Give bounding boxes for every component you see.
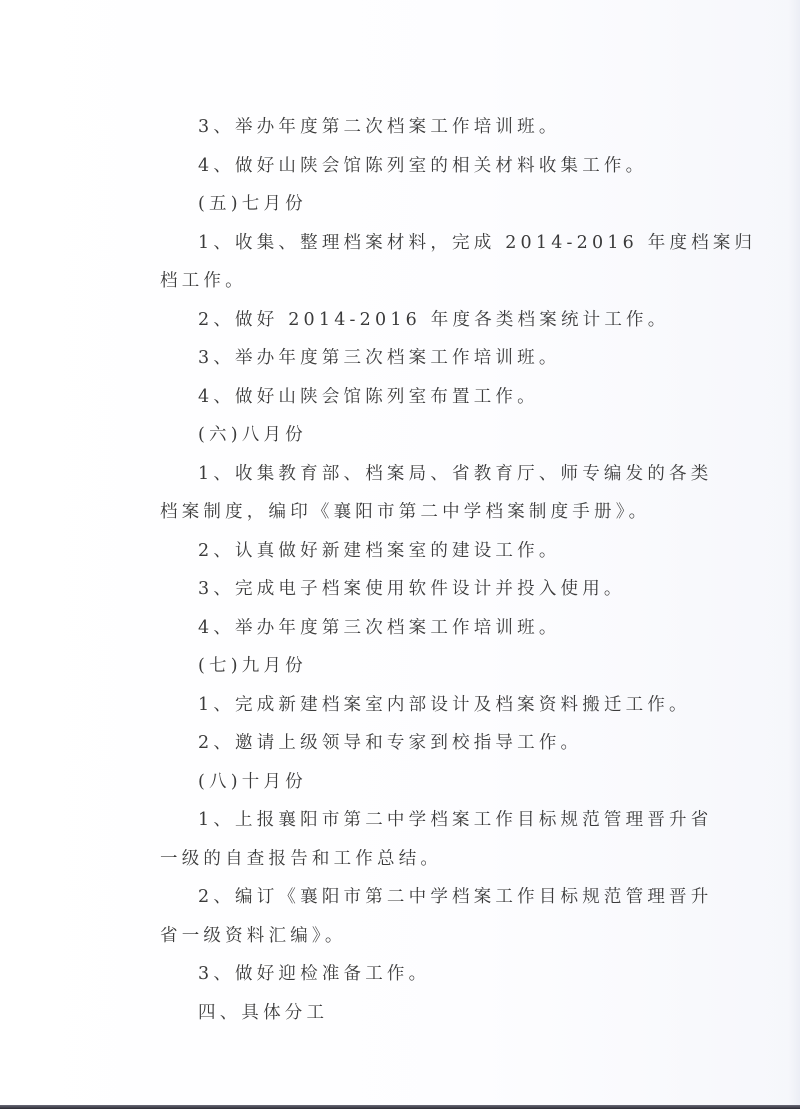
list-item-inspection-prep: 3、做好迎检准备工作。 [160, 955, 720, 994]
document-body: 3、举办年度第二次档案工作培训班。 4、做好山陕会馆陈列室的相关材料收集工作。 … [160, 108, 720, 1032]
section-heading-division-of-work: 四、具体分工 [160, 994, 720, 1033]
list-item-archive-filing: 1、收集、整理档案材料，完成 2014-2016 年度档案归 [160, 224, 720, 263]
list-item-training-2: 3、举办年度第二次档案工作培训班。 [160, 108, 720, 147]
list-item-invite-experts: 2、邀请上级领导和专家到校指导工作。 [160, 724, 720, 763]
list-item-archive-filing-cont: 档工作。 [160, 262, 720, 301]
list-item-compile-materials: 2、编订《襄阳市第二中学档案工作目标规范管理晋升 [160, 878, 720, 917]
list-item-room-design-relocation: 1、完成新建档案室内部设计及档案资料搬迁工作。 [160, 686, 720, 725]
list-item-compile-materials-cont: 省一级资料汇编》。 [160, 917, 720, 956]
list-item-archive-statistics: 2、做好 2014-2016 年度各类档案统计工作。 [160, 301, 720, 340]
list-item-collect-regulations-cont: 档案制度，编印《襄阳市第二中学档案制度手册》。 [160, 493, 720, 532]
section-heading-september: (七)九月份 [160, 647, 720, 686]
list-item-collect-regulations: 1、收集教育部、档案局、省教育厅、师专编发的各类 [160, 455, 720, 494]
scanned-page: 3、举办年度第二次档案工作培训班。 4、做好山陕会馆陈列室的相关材料收集工作。 … [0, 0, 800, 1105]
list-item-training-3: 3、举办年度第三次档案工作培训班。 [160, 339, 720, 378]
list-item-exhibit-layout: 4、做好山陕会馆陈列室布置工作。 [160, 378, 720, 417]
section-heading-august: (六)八月份 [160, 416, 720, 455]
scan-bottom-border [0, 1105, 800, 1109]
section-heading-july: (五)七月份 [160, 185, 720, 224]
list-item-exhibit-materials: 4、做好山陕会馆陈列室的相关材料收集工作。 [160, 147, 720, 186]
list-item-self-report-cont: 一级的自查报告和工作总结。 [160, 840, 720, 879]
list-item-self-report: 1、上报襄阳市第二中学档案工作目标规范管理晋升省 [160, 801, 720, 840]
section-heading-october: (八)十月份 [160, 763, 720, 802]
list-item-training-3b: 4、举办年度第三次档案工作培训班。 [160, 609, 720, 648]
list-item-e-archive-software: 3、完成电子档案使用软件设计并投入使用。 [160, 570, 720, 609]
list-item-new-archive-room: 2、认真做好新建档案室的建设工作。 [160, 532, 720, 571]
scan-edge-shadow [788, 0, 800, 1105]
